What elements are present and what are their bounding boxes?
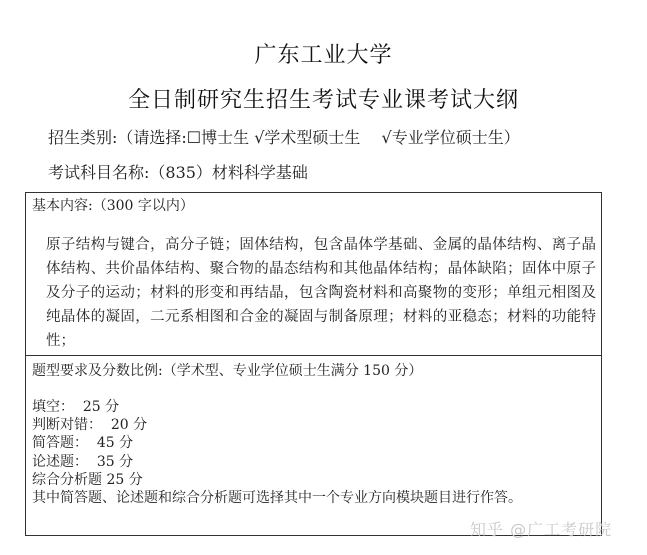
university-name: 广东工业大学 xyxy=(0,38,647,69)
score-item-fill-blank: 填空： 25 分 xyxy=(32,398,522,416)
section-divider xyxy=(26,355,601,356)
basic-content-label: 基本内容:（300 字以内） xyxy=(32,195,194,215)
exam-subject-line: 考试科目名称:（835）材料科学基础 xyxy=(48,160,308,183)
basic-content-text: 原子结构与键合，高分子链；固体结构，包含晶体学基础、金属的晶体结构、离子晶体结构… xyxy=(46,233,596,353)
document-title: 全日制研究生招生考试专业课考试大纲 xyxy=(0,83,647,114)
score-item-comprehensive: 综合分析题 25 分 xyxy=(32,471,522,489)
watermark: 知乎 @广工考研院 xyxy=(470,517,612,540)
score-list: 填空： 25 分 判断对错： 20 分 简答题： 45 分 论述题： 35 分 … xyxy=(32,398,522,507)
syllabus-table: 基本内容:（300 字以内） 原子结构与键合，高分子链；固体结构，包含晶体学基础… xyxy=(25,192,602,536)
basic-content-section: 基本内容:（300 字以内） 原子结构与键合，高分子链；固体结构，包含晶体学基础… xyxy=(26,193,601,355)
answer-note: 其中简答题、论述题和综合分析题可选择其中一个专业方向模块题目进行作答。 xyxy=(32,489,522,507)
score-item-essay: 论述题： 35 分 xyxy=(32,453,522,471)
score-item-true-false: 判断对错： 20 分 xyxy=(32,416,522,434)
question-types-label: 题型要求及分数比例:（学术型、专业学位硕士生满分 150 分） xyxy=(32,360,422,380)
enrollment-category-line: 招生类别:（请选择:☐博士生 √学术型硕士生 √专业学位硕士生） xyxy=(48,125,520,148)
score-item-short-answer: 简答题： 45 分 xyxy=(32,434,522,452)
